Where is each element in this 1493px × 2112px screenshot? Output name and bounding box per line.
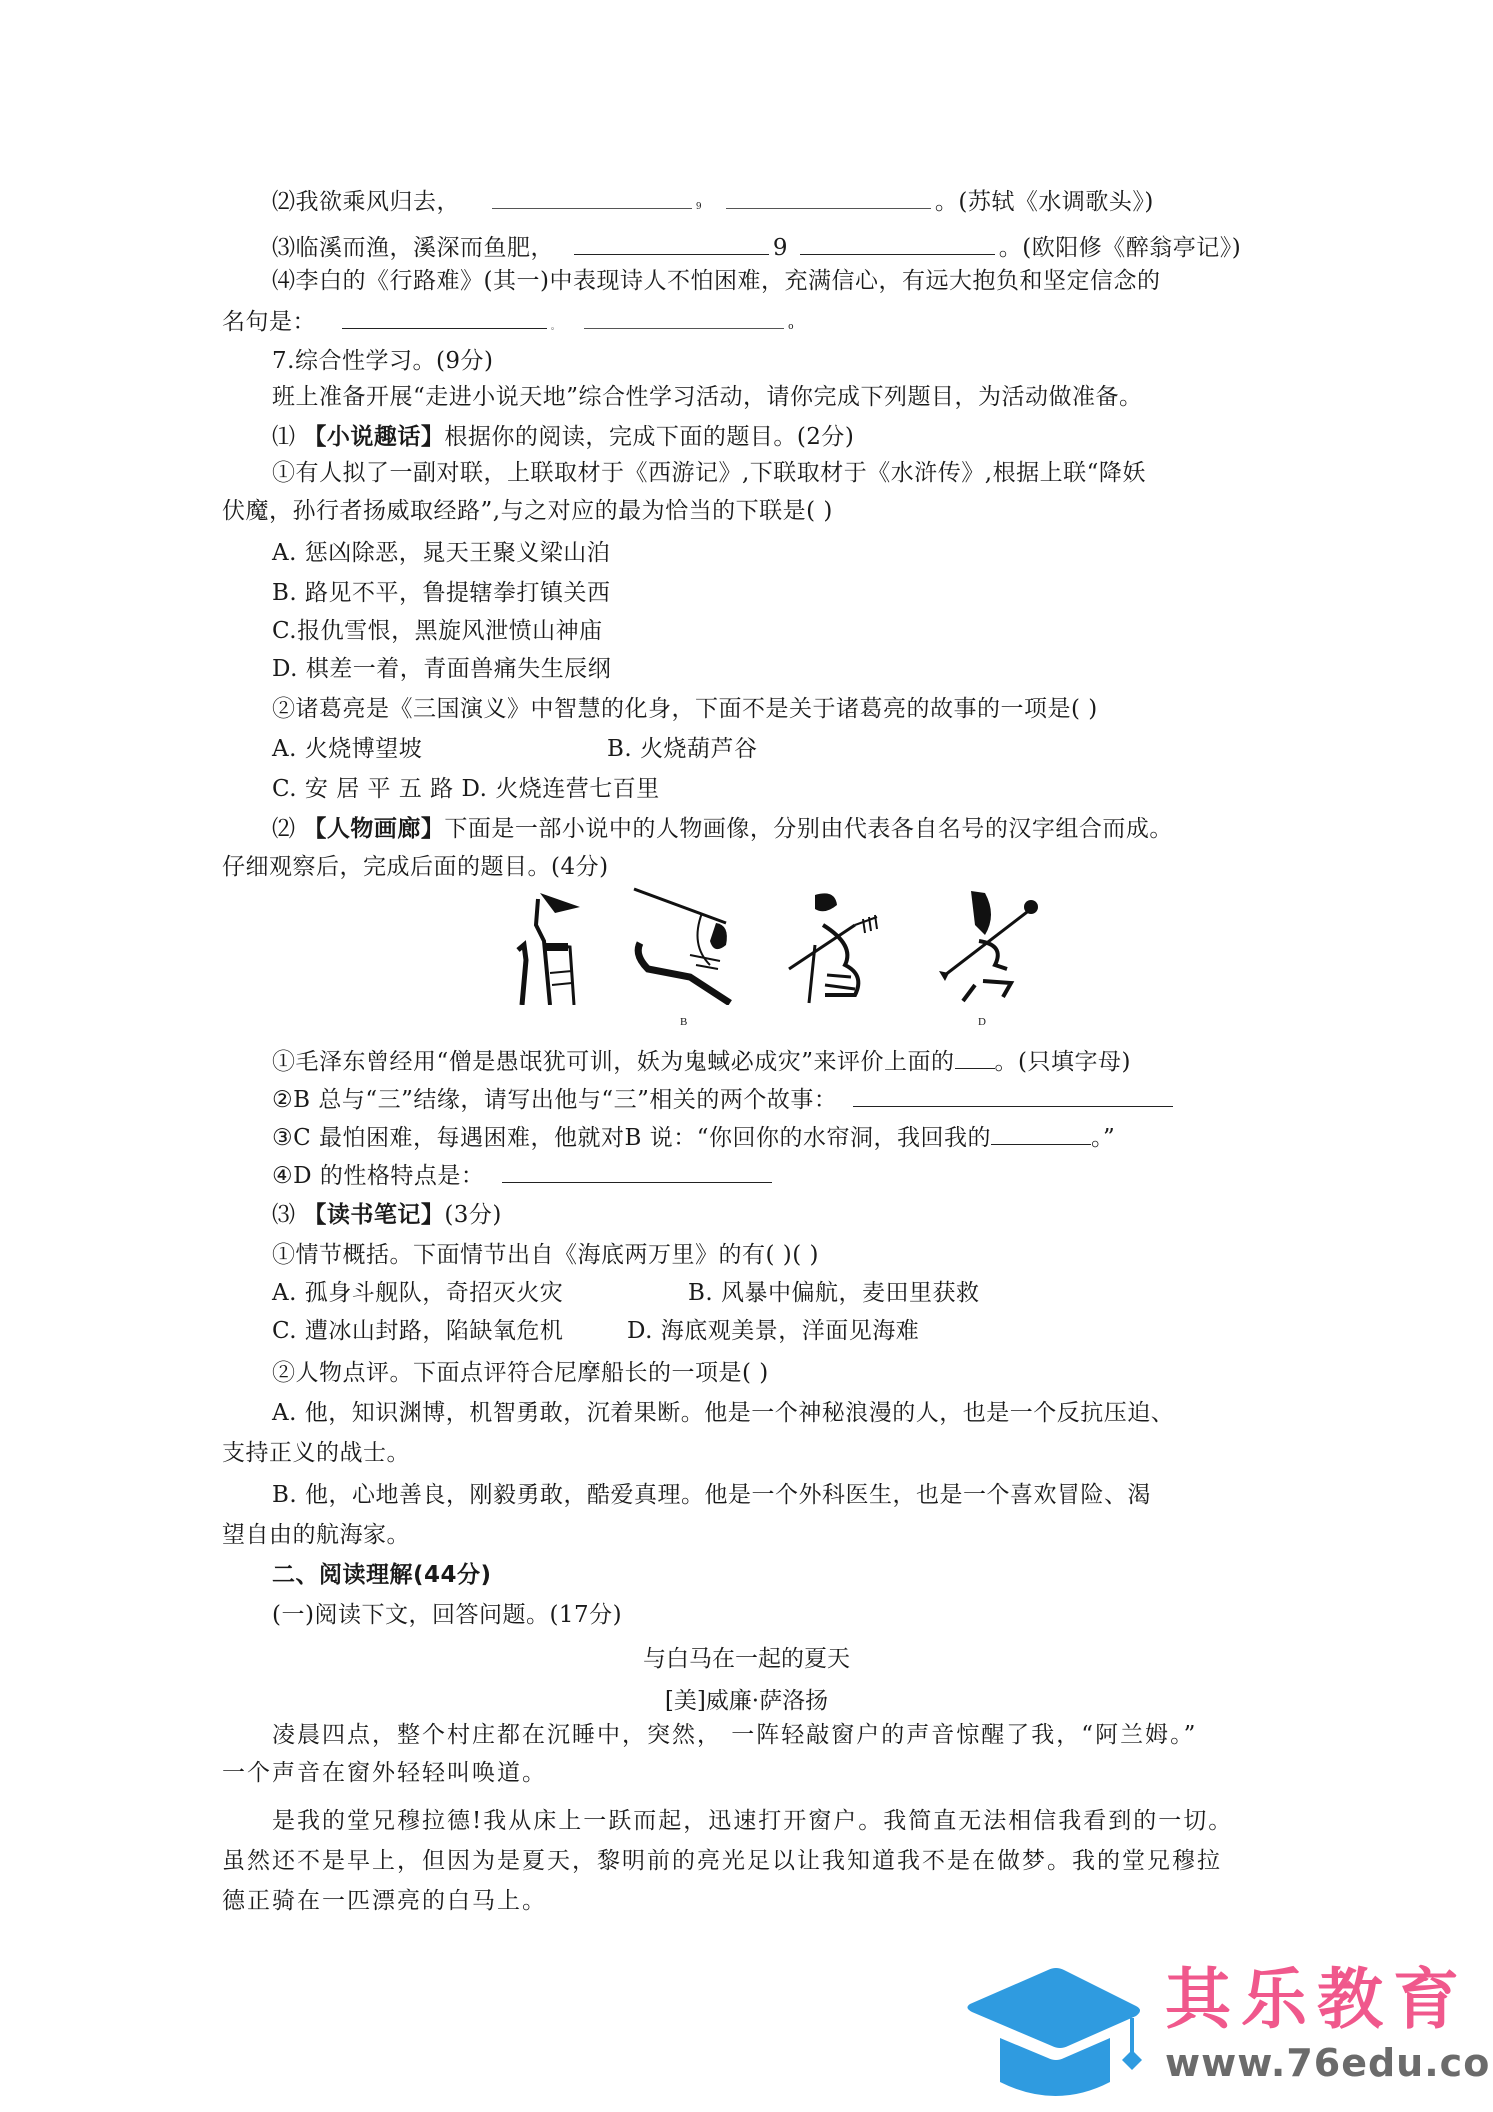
- part1-heading: ⑴ 【小说趣话】根据你的阅读，完成下面的题目。(2分): [272, 422, 854, 452]
- figure-d-wujing: [935, 885, 1045, 1005]
- part2-text: 下面是一部小说中的人物画像，分别由代表各自名号的汉字组合而成。: [444, 816, 1173, 842]
- answer-blank[interactable]: [800, 232, 995, 255]
- poetry-q2-source: 。(苏轼《水调歌头》): [935, 189, 1154, 215]
- option-b-line1[interactable]: B. 他，心地善良，刚毅勇敢，酷爱真理。他是一个外科医生，也是一个喜欢冒险、渴: [272, 1480, 1151, 1510]
- option-d[interactable]: D. 棋差一着，青面兽痛失生辰纲: [272, 654, 611, 684]
- part3-num: ⑶: [272, 1202, 296, 1228]
- answer-blank[interactable]: [991, 1122, 1091, 1145]
- part1-num: ⑴: [272, 424, 296, 450]
- story-p1-line2: 一个声音在窗外轻轻叫唤道。: [222, 1758, 547, 1788]
- part2-q3-text: ③C 最怕困难，每遇困难，他就对B 说：“你回你的水帘洞，我回我的: [272, 1125, 991, 1151]
- option-d[interactable]: D. 海底观美景，洋面见海难: [627, 1316, 919, 1346]
- poetry-q4-line2: 名句是： 。 o: [222, 306, 794, 342]
- poetry-q2: ⑵我欲乘风归去， 9 。(苏轼《水调歌头》): [272, 186, 1154, 222]
- story-p1-line1: 凌晨四点，整个村庄都在沉睡中，突然， 一阵轻敲窗户的声音惊醒了我，“阿兰姆。”: [272, 1720, 1197, 1750]
- story-p2-line3: 德正骑在一匹漂亮的白马上。: [222, 1886, 547, 1916]
- option-a[interactable]: A. 火烧博望坡: [272, 734, 422, 764]
- part1-q1-line1: ①有人拟了一副对联，上联取材于《西游记》,下联取材于《水浒传》,根据上联“降妖: [272, 458, 1146, 488]
- part2-tag: 【人物画廊】: [303, 816, 444, 842]
- figure-b-wukong: [630, 885, 760, 1005]
- options-c-d[interactable]: C. 安 居 平 五 路 D. 火烧连营七百里: [272, 774, 660, 804]
- answer-blank[interactable]: [955, 1046, 995, 1069]
- answer-blank[interactable]: [726, 186, 931, 209]
- part2-q4-text: ④D 的性格特点是：: [272, 1163, 484, 1189]
- exam-page: ⑵我欲乘风归去， 9 。(苏轼《水调歌头》) ⑶临溪而渔，溪深而鱼肥， 9 。(…: [0, 0, 1493, 2112]
- part2-line2: 仔细观察后，完成后面的题目。(4分): [222, 852, 609, 882]
- option-b[interactable]: B. 路见不平，鲁提辖拳打镇关西: [272, 578, 611, 608]
- option-a[interactable]: A. 惩凶除恶，晁天王聚义梁山泊: [272, 538, 610, 568]
- option-b[interactable]: B. 风暴中偏航，麦田里获救: [688, 1278, 980, 1308]
- part2-num: ⑵: [272, 816, 296, 842]
- separator: 。: [551, 322, 561, 332]
- part3-q1: ①情节概括。下面情节出自《海底两万里》的有( )( ): [272, 1240, 819, 1270]
- part2-q1-suffix: 。(只填字母): [995, 1049, 1131, 1075]
- part3-text: (3分): [444, 1202, 502, 1228]
- part2-heading: ⑵ 【人物画廊】下面是一部小说中的人物画像，分别由代表各自名号的汉字组合而成。: [272, 814, 1173, 844]
- option-c[interactable]: C. 遭冰山封路，陷缺氧危机: [272, 1316, 563, 1346]
- answer-blank[interactable]: [492, 186, 692, 209]
- story-p2-line2: 虽然还不是早上，但因为是夏天，黎明前的亮光足以让我知道我不是在做梦。我的堂兄穆拉: [222, 1846, 1222, 1876]
- separator: 9: [696, 202, 702, 212]
- part2-q1-text: ①毛泽东曾经用“僧是愚氓犹可训，妖为鬼蜮必成灾”来评价上面的: [272, 1049, 955, 1075]
- story-author: [美]威廉·萨洛扬: [0, 1682, 1493, 1715]
- part2-q3: ③C 最怕困难，每遇困难，他就对B 说：“你回你的水帘洞，我回我的。”: [272, 1122, 1115, 1153]
- answer-blank[interactable]: [342, 306, 547, 329]
- figure-a-tang-seng: [510, 885, 600, 1005]
- option-b-line2[interactable]: 望自由的航海家。: [222, 1520, 410, 1550]
- part1-q2: ②诸葛亮是《三国演义》中智慧的化身，下面不是关于诸葛亮的故事的一项是( ): [272, 694, 1098, 724]
- figure-c-bajie: [785, 885, 905, 1005]
- option-a[interactable]: A. 孤身斗舰队，奇招灭火灾: [272, 1278, 563, 1308]
- poetry-q2-prefix: ⑵我欲乘风归去，: [272, 189, 460, 215]
- part2-q2-text: ②B 总与“三”结缘，请写出他与“三”相关的两个故事：: [272, 1087, 837, 1113]
- answer-blank[interactable]: [502, 1160, 772, 1183]
- calligraphy-figure-icon: [935, 885, 1045, 1005]
- part3-heading: ⑶ 【读书笔记】(3分): [272, 1200, 502, 1230]
- story-p2-line1: 是我的堂兄穆拉德!我从床上一跃而起，迅速打开窗户。我简直无法相信我看到的一切。: [272, 1806, 1233, 1836]
- story-title: 与白马在一起的夏天: [0, 1640, 1493, 1673]
- part1-tag: 【小说趣话】: [303, 424, 444, 450]
- figure-label-b: B: [680, 1016, 687, 1028]
- poetry-q4-prefix: 名句是：: [222, 309, 316, 335]
- part2-q1: ①毛泽东曾经用“僧是愚氓犹可训，妖为鬼蜮必成灾”来评价上面的。(只填字母): [272, 1046, 1131, 1077]
- part2-q3-suffix: 。”: [1091, 1125, 1115, 1151]
- poetry-q4-line1: ⑷李白的《行路难》(其一)中表现诗人不怕困难，充满信心，有远大抱负和坚定信念的: [272, 266, 1160, 296]
- part1-q1-line2: 伏魔，孙行者扬威取经路”,与之对应的最为恰当的下联是( ): [222, 496, 833, 526]
- poetry-q3-prefix: ⑶临溪而渔，溪深而鱼肥，: [272, 235, 554, 261]
- poetry-q3: ⑶临溪而渔，溪深而鱼肥， 9 。(欧阳修《醉翁亭记》): [272, 232, 1241, 263]
- calligraphy-figure-icon: [630, 885, 760, 1005]
- answer-blank[interactable]: [853, 1084, 1173, 1107]
- option-b[interactable]: B. 火烧葫芦谷: [607, 734, 758, 764]
- option-a-line2[interactable]: 支持正义的战士。: [222, 1438, 410, 1468]
- part1-text: 根据你的阅读，完成下面的题目。(2分): [444, 424, 854, 450]
- part2-q4: ④D 的性格特点是：: [272, 1160, 776, 1191]
- q7-intro: 班上准备开展“走进小说天地”综合性学习活动，请你完成下列题目，为活动做准备。: [272, 382, 1143, 412]
- q7-heading: 7.综合性学习。(9分): [272, 346, 494, 376]
- answer-blank[interactable]: [584, 306, 784, 329]
- watermark-logo: 其乐教育 www.76edu.com: [960, 1960, 1480, 2100]
- calligraphy-figure-icon: [510, 885, 600, 1005]
- graduation-cap-icon: [960, 1960, 1150, 2100]
- watermark-url[interactable]: www.76edu.com: [1165, 2040, 1493, 2086]
- part3-q2: ②人物点评。下面点评符合尼摩船长的一项是( ): [272, 1358, 769, 1388]
- part2-q2: ②B 总与“三”结缘，请写出他与“三”相关的两个故事：: [272, 1084, 1177, 1115]
- option-a-line1[interactable]: A. 他，知识渊博，机智勇敢，沉着果断。他是一个神秘浪漫的人，也是一个反抗压迫、: [272, 1398, 1174, 1428]
- option-c[interactable]: C.报仇雪恨，黑旋风泄愤山神庙: [272, 616, 603, 646]
- answer-blank[interactable]: [574, 232, 769, 255]
- separator: 9: [773, 235, 788, 261]
- part3-tag: 【读书笔记】: [303, 1202, 444, 1228]
- watermark-title: 其乐教育: [1165, 1960, 1469, 2040]
- figure-label-d: D: [978, 1016, 986, 1028]
- section2-heading: 二、阅读理解(44分): [272, 1560, 492, 1590]
- separator: o: [788, 322, 794, 332]
- poetry-q3-source: 。(欧阳修《醉翁亭记》): [999, 235, 1241, 261]
- section2-sub: (一)阅读下文，回答问题。(17分): [272, 1600, 622, 1630]
- calligraphy-figure-icon: [785, 885, 905, 1005]
